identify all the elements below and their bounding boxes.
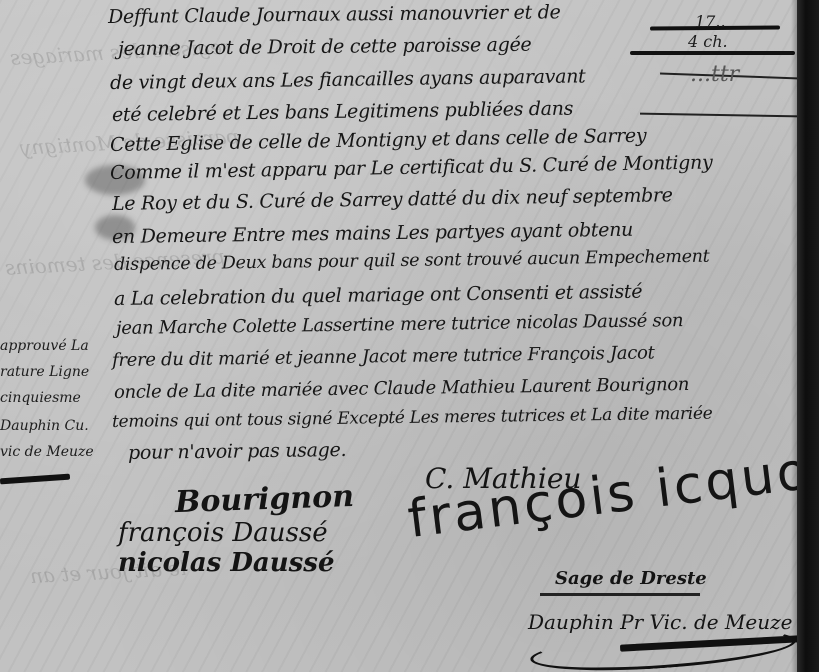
margin-note-line: approuvé La bbox=[0, 338, 89, 354]
body-line-12: frere du dit marié et jeanne Jacot mere … bbox=[112, 342, 655, 371]
body-line-6: Comme il m'est apparu par Le certificat … bbox=[110, 151, 713, 184]
line-fill-stroke bbox=[630, 51, 795, 55]
body-line-7: Le Roy et du S. Curé de Sarrey datté du … bbox=[112, 184, 673, 215]
line-fill-stroke bbox=[640, 113, 800, 117]
body-line-15: pour n'avoir pas usage. bbox=[128, 439, 347, 464]
margin-note-line: cinquiesme bbox=[0, 390, 81, 406]
struck-note: ...ttr bbox=[690, 62, 739, 87]
body-line-14: temoins qui ont tous signé Excepté Les m… bbox=[112, 404, 713, 432]
signature-francois-dausse: françois Daussé bbox=[118, 518, 328, 548]
body-line-4: eté celebré et Les bans Legitimens publi… bbox=[112, 98, 573, 126]
struck-note: 4 ch. bbox=[688, 32, 728, 51]
body-line-8: en Demeure Entre mes mains Les partyes a… bbox=[112, 219, 633, 248]
signature-francois-icquo: françois icquo bbox=[405, 441, 815, 550]
body-line-13: oncle de La dite mariée avec Claude Math… bbox=[114, 374, 689, 403]
body-line-1: Deffunt Claude Journaux aussi manouvrier… bbox=[108, 1, 561, 28]
page-binding-edge bbox=[797, 0, 819, 672]
struck-note: 17.. bbox=[695, 12, 726, 31]
margin-note-line: Dauphin Cu. bbox=[0, 418, 89, 434]
margin-note-line: vic de Meuze bbox=[0, 444, 94, 460]
body-line-2: jeanne Jacot de Droit de cette paroisse … bbox=[118, 34, 532, 60]
body-line-3: de vingt deux ans Les fiancailles ayans … bbox=[110, 65, 586, 94]
document-page: registre des mariages paroisse de Montig… bbox=[0, 0, 819, 672]
signature-bourignon: Bourignon bbox=[174, 479, 354, 520]
body-line-10: a La celebration du quel mariage ont Con… bbox=[114, 281, 643, 310]
signature-nicolas-dausse: nicolas Daussé bbox=[118, 548, 334, 578]
body-line-11: jean Marche Colette Lassertine mere tutr… bbox=[116, 310, 684, 339]
signature-underline bbox=[540, 593, 700, 596]
margin-flourish bbox=[0, 474, 70, 485]
signature-sage-de-dreste: Sage de Dreste bbox=[555, 568, 707, 589]
margin-note-line: rature Ligne bbox=[0, 364, 89, 380]
